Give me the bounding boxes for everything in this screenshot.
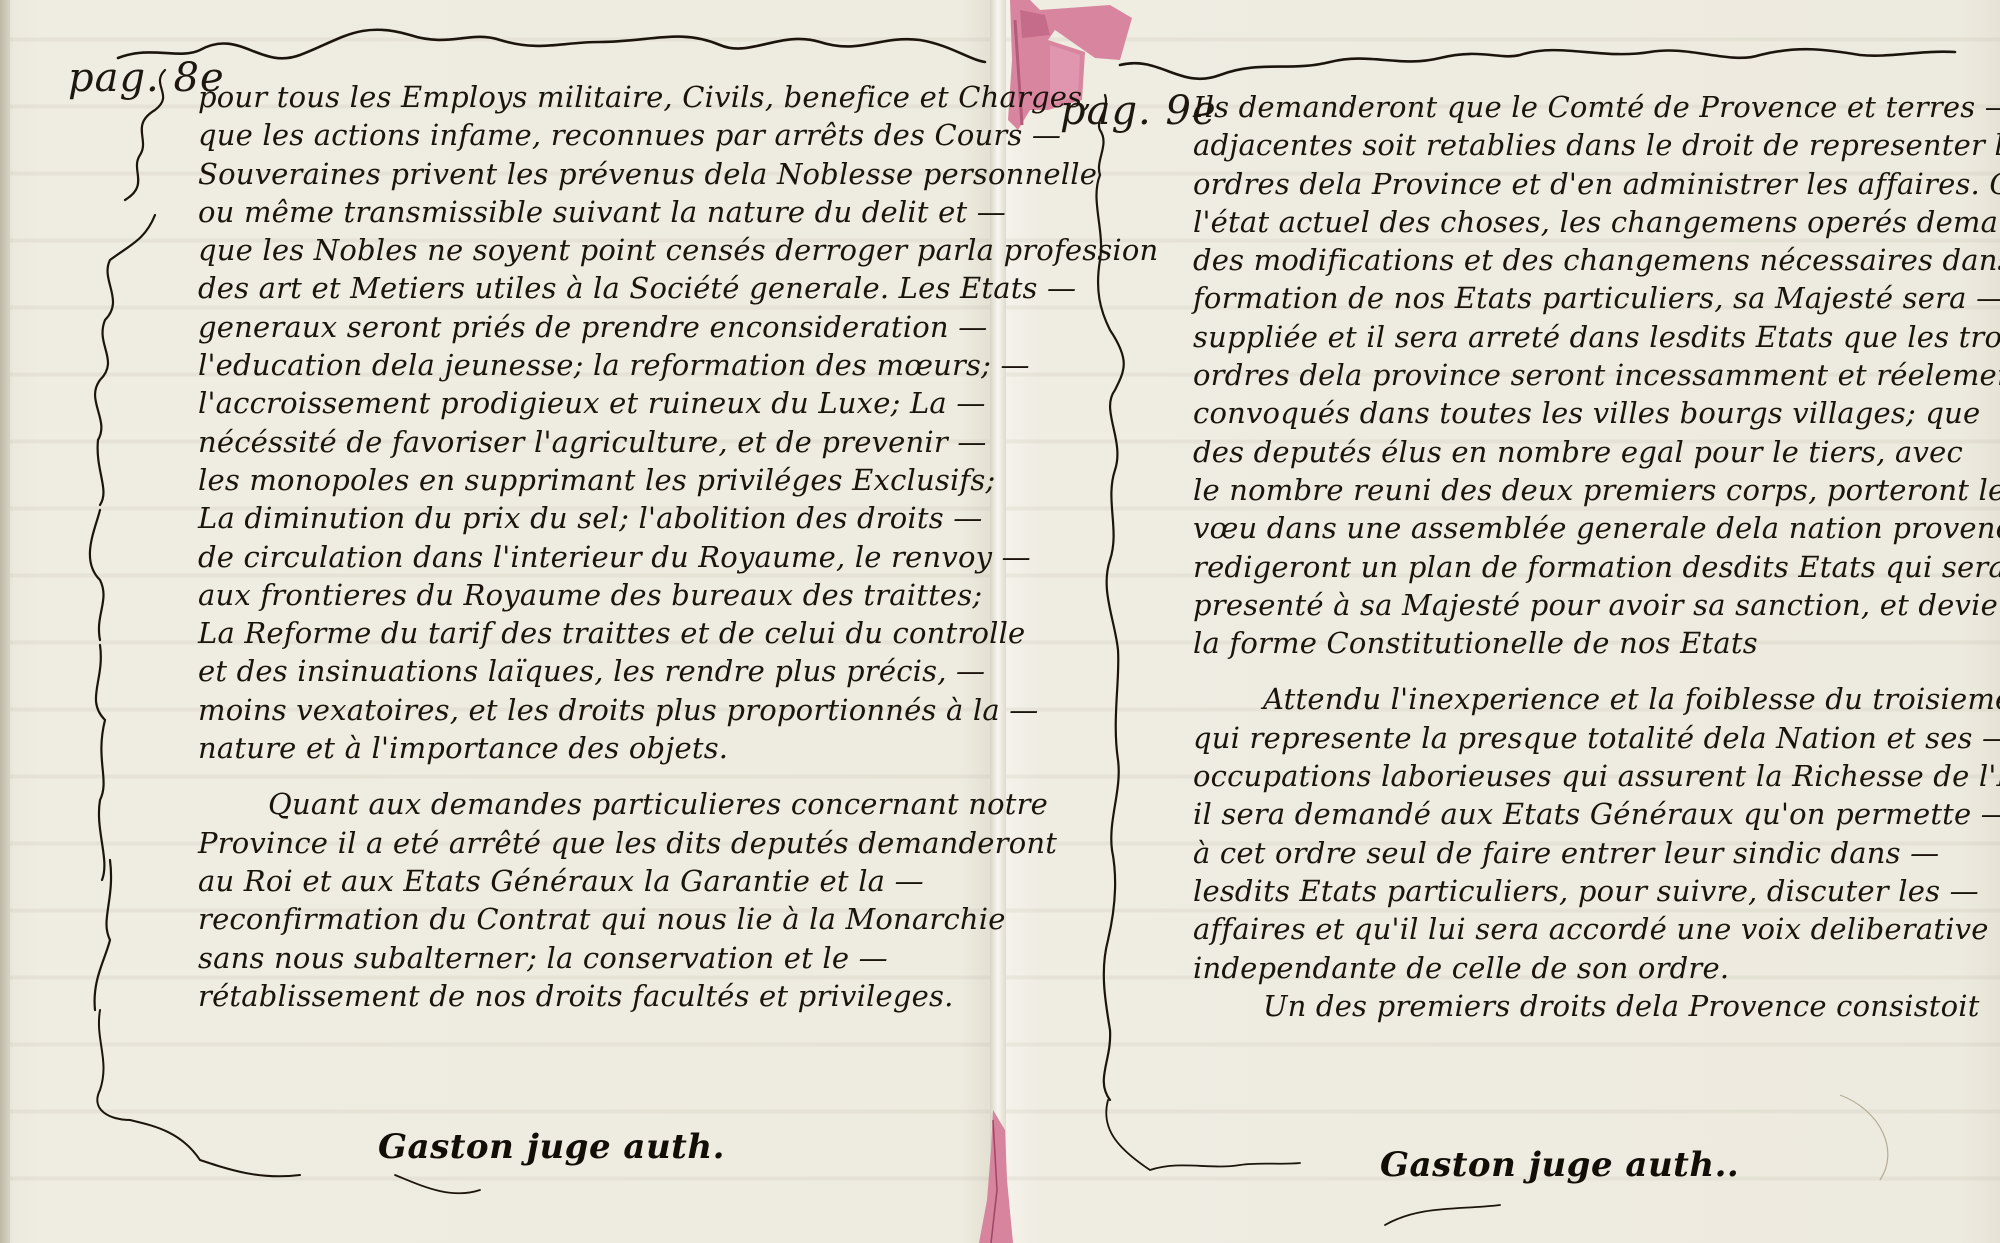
signature: Gaston juge auth.. — [1380, 1145, 1739, 1185]
text-line: Un des premiers droits dela Provence con… — [1193, 987, 2000, 1025]
text-line: des deputés élus en nombre egal pour le … — [1193, 433, 2000, 471]
text-line: le nombre reuni des deux premiers corps,… — [1193, 471, 2000, 509]
manuscript-spread: pag. 8e pour tous les Employs militaire,… — [0, 0, 2000, 1243]
text-line: redigeront un plan de formation desdits … — [1193, 548, 2000, 586]
left-page: pag. 8e pour tous les Employs militaire,… — [0, 0, 995, 1243]
text-line: occupations laborieuses qui assurent la … — [1193, 757, 2000, 795]
text-line: ordres dela Province et d'en administrer… — [1193, 165, 2000, 203]
text-line: ordres dela province seront incessamment… — [1193, 356, 2000, 394]
text-line: independante de celle de son ordre. — [1193, 949, 2000, 987]
text-line: Attendu l'inexperience et la foiblesse d… — [1193, 680, 2000, 718]
text-line: vœu dans une assemblée generale dela nat… — [1193, 509, 2000, 547]
signature: Gaston juge auth. — [378, 1127, 725, 1167]
text-line: formation de nos Etats particuliers, sa … — [1193, 279, 2000, 317]
right-page: pag. 9e Ils demanderont que le Comté de … — [1005, 0, 2000, 1243]
right-page-text: Ils demanderont que le Comté de Provence… — [1193, 88, 2000, 1025]
text-line: il sera demandé aux Etats Généraux qu'on… — [1193, 795, 2000, 833]
text-line: convoqués dans toutes les villes bourgs … — [1193, 394, 2000, 432]
text-line: presenté à sa Majesté pour avoir sa sanc… — [1193, 586, 2000, 624]
text-line: des modifications et des changemens néce… — [1193, 241, 2000, 279]
text-line: l'état actuel des choses, les changemens… — [1193, 203, 2000, 241]
text-line: Ils demanderont que le Comté de Provence… — [1193, 88, 2000, 126]
text-line: la forme Constitutionelle de nos Etats — [1193, 624, 2000, 662]
text-line: qui represente la presque totalité dela … — [1193, 719, 2000, 757]
text-line: lesdits Etats particuliers, pour suivre,… — [1193, 872, 2000, 910]
text-line: adjacentes soit retablies dans le droit … — [1193, 126, 2000, 164]
text-line: suppliée et il sera arreté dans lesdits … — [1193, 318, 2000, 356]
text-line: affaires et qu'il lui sera accordé une v… — [1193, 910, 2000, 948]
text-line: à cet ordre seul de faire entrer leur si… — [1193, 834, 2000, 872]
